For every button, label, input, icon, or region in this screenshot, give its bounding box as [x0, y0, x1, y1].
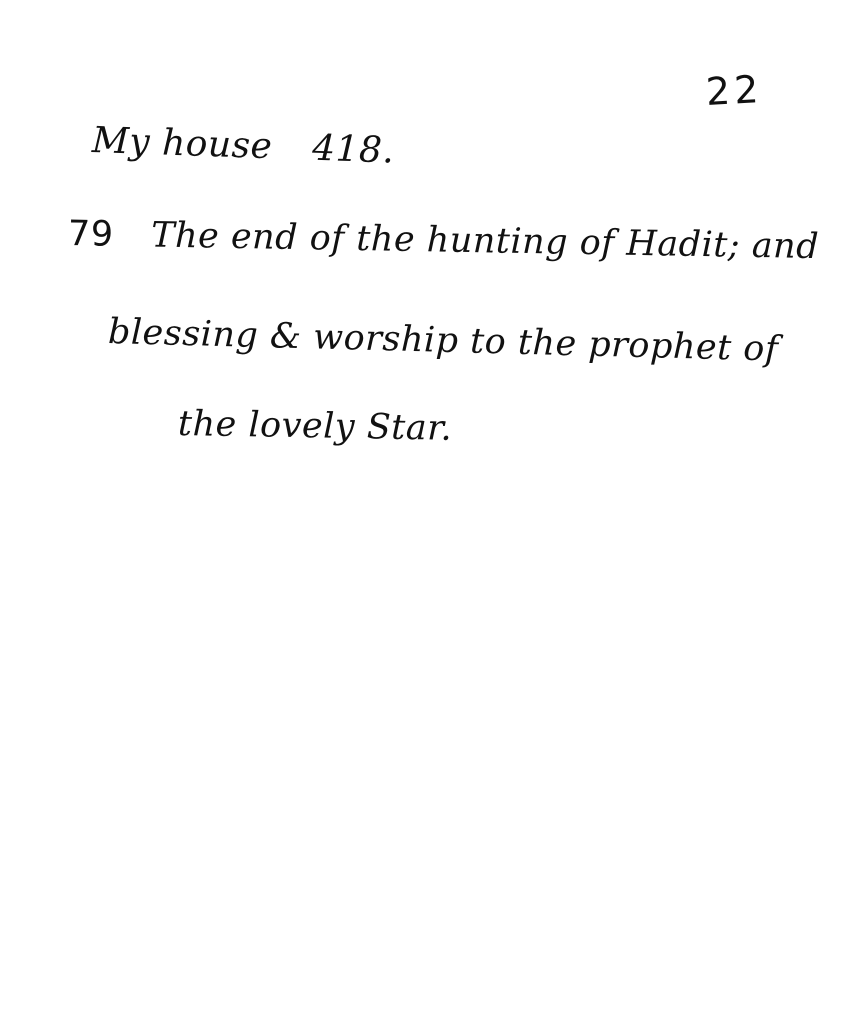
house-number: 418.: [312, 128, 396, 172]
handwritten-line-2: 79 The end of the hunting of Hadit; and: [68, 214, 820, 267]
verse-text: The end of the hunting of Hadit; and: [151, 215, 820, 267]
handwritten-line-1: My house 418.: [91, 120, 395, 172]
manuscript-page: 22 My house 418. 79 The end of the hunti…: [0, 0, 857, 1024]
page-number: 22: [705, 67, 764, 114]
verse-number: 79: [68, 214, 114, 255]
handwritten-line-4: the lovely Star.: [178, 404, 453, 449]
house-label: My house: [91, 120, 273, 167]
handwritten-line-3: blessing & worship to the prophet of: [107, 312, 778, 370]
